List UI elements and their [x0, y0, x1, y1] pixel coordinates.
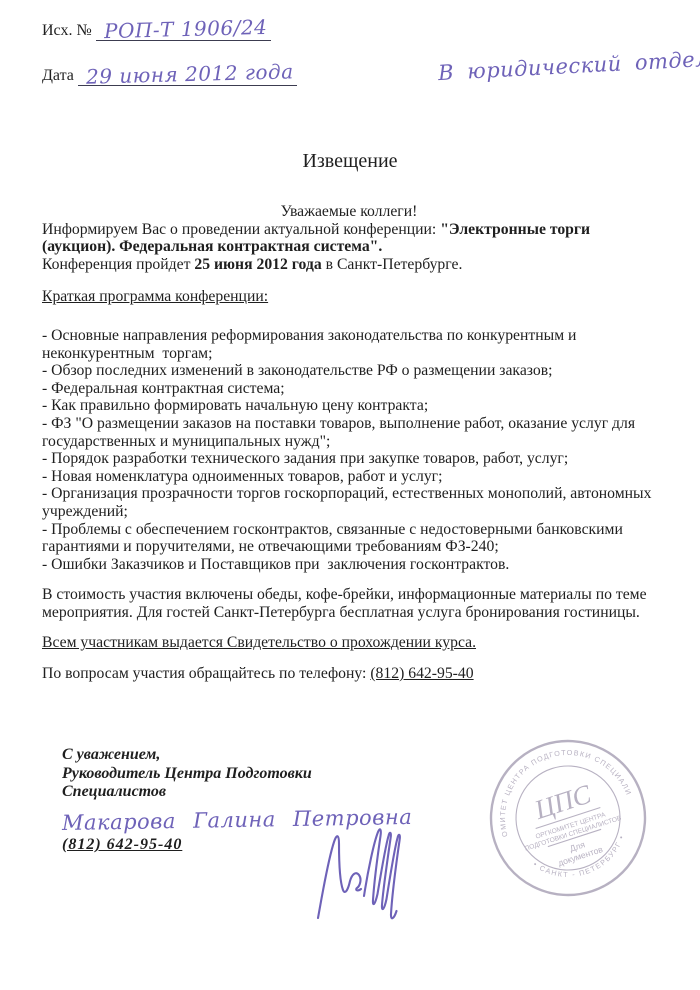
program-item: - Обзор последних изменений в законодате…: [42, 362, 656, 380]
signature-position-line2: Специалистов: [62, 783, 412, 802]
round-stamp-drawing: ОРГКОМИТЕТ ЦЕНТРА ПОДГОТОВКИ СПЕЦИАЛИСТО…: [467, 717, 669, 919]
cost-note: В стоимость участия включены обеды, кофе…: [42, 586, 656, 621]
program-item: - Как правильно формировать начальную це…: [42, 397, 656, 415]
outgoing-number-handwritten: РОП-Т 1906/24: [103, 15, 267, 43]
date-line: 29 июня 2012 года: [78, 61, 298, 86]
program-item: - Организация прозрачности торгов госкор…: [42, 485, 656, 520]
date-handwritten: 29 июня 2012 года: [86, 59, 294, 88]
round-stamp: ОРГКОМИТЕТ ЦЕНТРА ПОДГОТОВКИ СПЕЦИАЛИСТО…: [467, 717, 669, 919]
program-item: - Новая номенклатура одноименных товаров…: [42, 468, 656, 486]
contact-line: По вопросам участия обращайтесь по телеф…: [42, 665, 656, 683]
signature-scribble-drawing: [312, 824, 410, 932]
program-item: - Основные направления реформирования за…: [42, 327, 656, 362]
page-title: Извещение: [0, 150, 700, 173]
date-label: Дата: [42, 67, 74, 85]
certificate-note: Всем участникам выдается Свидетельство о…: [42, 634, 656, 652]
intro-date-prefix: Конференция пройдет: [42, 256, 194, 273]
contact-prefix: По вопросам участия обращайтесь по телеф…: [42, 665, 370, 682]
signature-salutation: С уважением,: [62, 746, 412, 765]
intro-text: Информируем Вас о проведении актуальной …: [42, 221, 440, 238]
outgoing-number-row: Исх. № РОП-Т 1906/24: [42, 16, 297, 48]
greeting: Уважаемые коллеги!: [42, 203, 656, 221]
program-item: - Порядок разработки технического задани…: [42, 450, 656, 468]
program-item: - Проблемы с обеспечением госконтрактов,…: [42, 521, 656, 556]
intro-paragraph: Информируем Вас о проведении актуальной …: [42, 221, 656, 274]
letter-body: Уважаемые коллеги! Информируем Вас о про…: [42, 203, 656, 683]
scanned-letter-page: Исх. № РОП-Т 1906/24 Дата 29 июня 2012 г…: [0, 0, 700, 990]
intro-city: в Санкт-Петербурге.: [322, 256, 463, 273]
letter-header: Исх. № РОП-Т 1906/24 Дата 29 июня 2012 г…: [42, 16, 297, 106]
intro-conference-date: 25 июня 2012 года: [194, 256, 321, 273]
outgoing-number-line: РОП-Т 1906/24: [96, 16, 271, 41]
signature-position-line1: Руководитель Центра Подготовки: [62, 765, 412, 784]
signature-scribble: [312, 824, 410, 937]
contact-phone: (812) 642-95-40: [370, 665, 473, 682]
program-heading: Краткая программа конференции:: [42, 288, 656, 306]
outgoing-number-label: Исх. №: [42, 22, 92, 40]
routing-note-handwritten: В юридический отдел: [438, 47, 700, 85]
program-item: - Ошибки Заказчиков и Поставщиков при за…: [42, 556, 656, 574]
date-row: Дата 29 июня 2012 года: [42, 61, 297, 93]
program-list: - Основные направления реформирования за…: [42, 327, 656, 573]
program-item: - ФЗ "О размещении заказов на поставки т…: [42, 415, 656, 450]
program-item: - Федеральная контрактная система;: [42, 380, 656, 398]
